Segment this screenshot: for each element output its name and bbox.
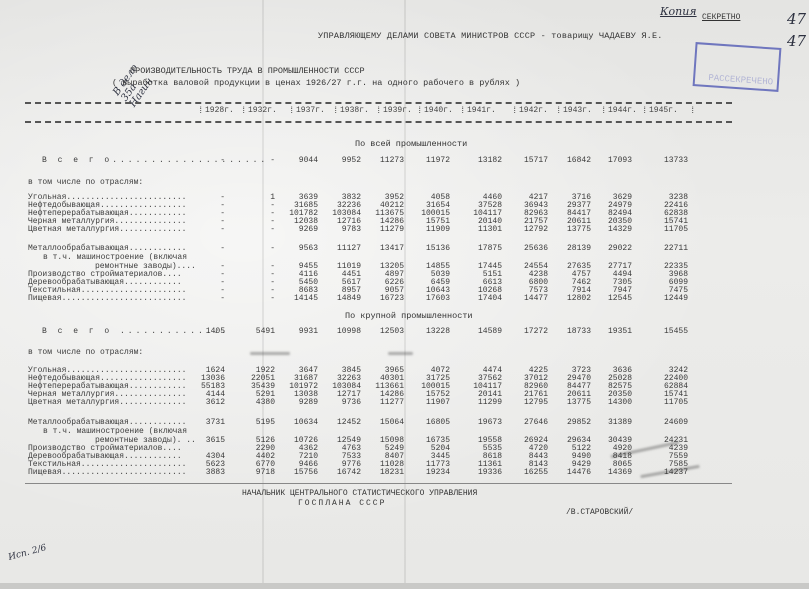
paper-fold xyxy=(404,0,406,589)
table-cell: 11127 xyxy=(321,244,361,253)
table-cell: 19336 xyxy=(462,468,502,477)
total-cell: 11273 xyxy=(364,156,404,165)
table-cell: 24609 xyxy=(648,418,688,427)
table-cell: 11909 xyxy=(410,225,450,234)
year-column-header: 1940г. xyxy=(424,106,453,115)
table-cell: - xyxy=(185,294,225,303)
total-cell: 13733 xyxy=(648,156,688,165)
column-divider: ⁞ xyxy=(241,106,246,116)
table-cell: 15136 xyxy=(410,244,450,253)
table-cell: 11279 xyxy=(364,225,404,234)
column-divider: ⁞ xyxy=(289,106,294,116)
table-cell: 9269 xyxy=(278,225,318,234)
year-column-header: 1939г. xyxy=(383,106,412,115)
table-cell: 9736 xyxy=(321,398,361,407)
total-cell: 19351 xyxy=(592,327,632,336)
total-cell: 17093 xyxy=(592,156,632,165)
signature-name: /В.СТАРОВСКИЙ/ xyxy=(566,508,633,517)
year-column-header: 1945г. xyxy=(649,106,678,115)
table-cell: 15064 xyxy=(364,418,404,427)
page-number: 47 xyxy=(787,10,806,28)
table-cell: 14329 xyxy=(592,225,632,234)
table-cell: 16723 xyxy=(364,294,404,303)
table-cell: 19673 xyxy=(462,418,502,427)
table-cell: 9783 xyxy=(321,225,361,234)
table-cell: 3612 xyxy=(185,398,225,407)
table-cell: 16742 xyxy=(321,468,361,477)
year-column-header: 1944г. xyxy=(608,106,637,115)
total-cell: 5491 xyxy=(235,327,275,336)
table-cell: 3731 xyxy=(185,418,225,427)
breakdown-label: в том числе по отраслям: xyxy=(28,178,143,187)
total-cell: 15717 xyxy=(508,156,548,165)
branch-label: Цветная металлургия.............. xyxy=(28,398,186,407)
table-cell: 4380 xyxy=(235,398,275,407)
table-cell: 12795 xyxy=(508,398,548,407)
total-cell: 12503 xyxy=(364,327,404,336)
year-column-header: 1941г. xyxy=(467,106,496,115)
total-cell: 18733 xyxy=(551,327,591,336)
signer-position-line2: ГОСПЛАНА СССР xyxy=(298,499,386,508)
total-cell: 11972 xyxy=(410,156,450,165)
table-cell: 14477 xyxy=(508,294,548,303)
table-cell: - xyxy=(235,294,275,303)
table-cell: - xyxy=(185,244,225,253)
section-title: По всей промышленности xyxy=(355,139,467,149)
document-title: ПРОИЗВОДИТЕЛЬНОСТЬ ТРУДА В ПРОМЫШЛЕННОСТ… xyxy=(130,66,365,76)
table-cell: 19234 xyxy=(410,468,450,477)
branch-label: Пищевая.......................... xyxy=(28,294,186,303)
column-divider: ⁞ xyxy=(333,106,338,116)
table-cell: 11705 xyxy=(648,398,688,407)
total-cell: 16842 xyxy=(551,156,591,165)
year-column-header: 1938г. xyxy=(340,106,369,115)
table-cell: 9718 xyxy=(235,468,275,477)
table-cell: 22711 xyxy=(648,244,688,253)
section-title: По крупной промышленности xyxy=(345,311,473,321)
document-page: Копия СЕКРЕТНО 47 47 РАССЕКРЕЧЕНО УПРАВЛ… xyxy=(0,0,809,589)
table-cell: 11301 xyxy=(462,225,502,234)
table-cell: 11299 xyxy=(462,398,502,407)
total-cell: 10998 xyxy=(321,327,361,336)
table-cell: 28139 xyxy=(551,244,591,253)
table-cell: 29852 xyxy=(551,418,591,427)
table-cell: 14849 xyxy=(321,294,361,303)
table-cell: - xyxy=(235,225,275,234)
signer-position-line1: НАЧАЛЬНИК ЦЕНТРАЛЬНОГО СТАТИСТИЧЕСКОГО У… xyxy=(242,489,477,498)
ink-smudge xyxy=(388,352,413,355)
table-cell: 15756 xyxy=(278,468,318,477)
year-column-header: 1942г. xyxy=(519,106,548,115)
ink-smudge xyxy=(250,352,290,355)
table-cell: 17875 xyxy=(462,244,502,253)
table-cell: 12452 xyxy=(321,418,361,427)
branch-label: Пищевая.......................... xyxy=(28,468,186,477)
year-column-header: 1932г. xyxy=(248,106,277,115)
table-cell: 17603 xyxy=(410,294,450,303)
column-divider: ⁞ xyxy=(642,106,647,116)
table-cell: 14300 xyxy=(592,398,632,407)
total-cell: 9931 xyxy=(278,327,318,336)
total-cell: 1405 xyxy=(185,327,225,336)
table-cell: 14145 xyxy=(278,294,318,303)
table-cell: 13775 xyxy=(551,398,591,407)
table-cell: 29022 xyxy=(592,244,632,253)
table-cell: 12802 xyxy=(551,294,591,303)
breakdown-label: в том числе по отраслям: xyxy=(28,348,143,357)
handwritten-copy-mark: Копия xyxy=(660,5,697,18)
branch-label: Металлообрабатывающая............ xyxy=(28,418,186,427)
branch-label: в т.ч. машиностроение (включая xyxy=(43,427,187,436)
table-cell: - xyxy=(235,244,275,253)
table-cell: 11907 xyxy=(410,398,450,407)
column-divider: ⁞ xyxy=(198,106,203,116)
stamp-text: РАССЕКРЕЧЕНО xyxy=(708,73,773,87)
table-cell: 31389 xyxy=(592,418,632,427)
column-divider: ⁞ xyxy=(690,106,695,116)
total-cell: - xyxy=(185,156,225,165)
table-cell: 5195 xyxy=(235,418,275,427)
table-cell: 13775 xyxy=(551,225,591,234)
table-cell: 17404 xyxy=(462,294,502,303)
branch-label: Цветная металлургия.............. xyxy=(28,225,186,234)
table-top-rule xyxy=(25,102,732,104)
table-cell: 27646 xyxy=(508,418,548,427)
declassified-stamp: РАССЕКРЕЧЕНО xyxy=(693,42,782,92)
table-cell: 3615 xyxy=(185,436,225,445)
table-cell: 16255 xyxy=(508,468,548,477)
column-divider: ⁞ xyxy=(601,106,606,116)
table-cell: 14369 xyxy=(592,468,632,477)
total-cell: 17272 xyxy=(508,327,548,336)
branch-label: в т.ч. машиностроение (включая xyxy=(43,253,187,262)
table-cell: 16805 xyxy=(410,418,450,427)
total-cell: 14589 xyxy=(462,327,502,336)
column-divider: ⁞ xyxy=(556,106,561,116)
table-cell: 18231 xyxy=(364,468,404,477)
column-divider: ⁞ xyxy=(512,106,517,116)
table-cell: 11277 xyxy=(364,398,404,407)
table-cell: 12545 xyxy=(592,294,632,303)
table-cell: - xyxy=(185,225,225,234)
table-header-rule xyxy=(25,121,732,123)
table-cell: 25636 xyxy=(508,244,548,253)
total-cell: 15455 xyxy=(648,327,688,336)
table-cell: 12792 xyxy=(508,225,548,234)
table-cell: 12449 xyxy=(648,294,688,303)
year-column-header: 1937г. xyxy=(296,106,325,115)
scan-edge xyxy=(0,583,809,589)
table-cell: 14476 xyxy=(551,468,591,477)
column-divider: ⁞ xyxy=(417,106,422,116)
column-divider: ⁞ xyxy=(376,106,381,116)
table-bottom-rule xyxy=(25,483,732,484)
document-subtitle: ( выработка валовой продукции в ценах 19… xyxy=(112,78,520,88)
table-cell: 9563 xyxy=(278,244,318,253)
total-cell: 13182 xyxy=(462,156,502,165)
year-column-header: 1928г. xyxy=(205,106,234,115)
branch-label: Металлообрабатывающая............ xyxy=(28,244,186,253)
page-number: 47 xyxy=(787,32,806,50)
total-cell: 9952 xyxy=(321,156,361,165)
secrecy-mark: СЕКРЕТНО xyxy=(702,13,740,22)
total-cell: - xyxy=(235,156,275,165)
table-cell: 10634 xyxy=(278,418,318,427)
table-cell: 11705 xyxy=(648,225,688,234)
table-cell: 3883 xyxy=(185,468,225,477)
total-cell: 13228 xyxy=(410,327,450,336)
handwritten-footnote: Исп. 2/6 xyxy=(7,543,47,563)
year-column-header: 1943г. xyxy=(563,106,592,115)
table-cell: 9289 xyxy=(278,398,318,407)
column-divider: ⁞ xyxy=(460,106,465,116)
total-cell: 9044 xyxy=(278,156,318,165)
addressee-line: УПРАВЛЯЮЩЕМУ ДЕЛАМИ СОВЕТА МИНИСТРОВ ССС… xyxy=(318,31,663,41)
table-cell: 13417 xyxy=(364,244,404,253)
